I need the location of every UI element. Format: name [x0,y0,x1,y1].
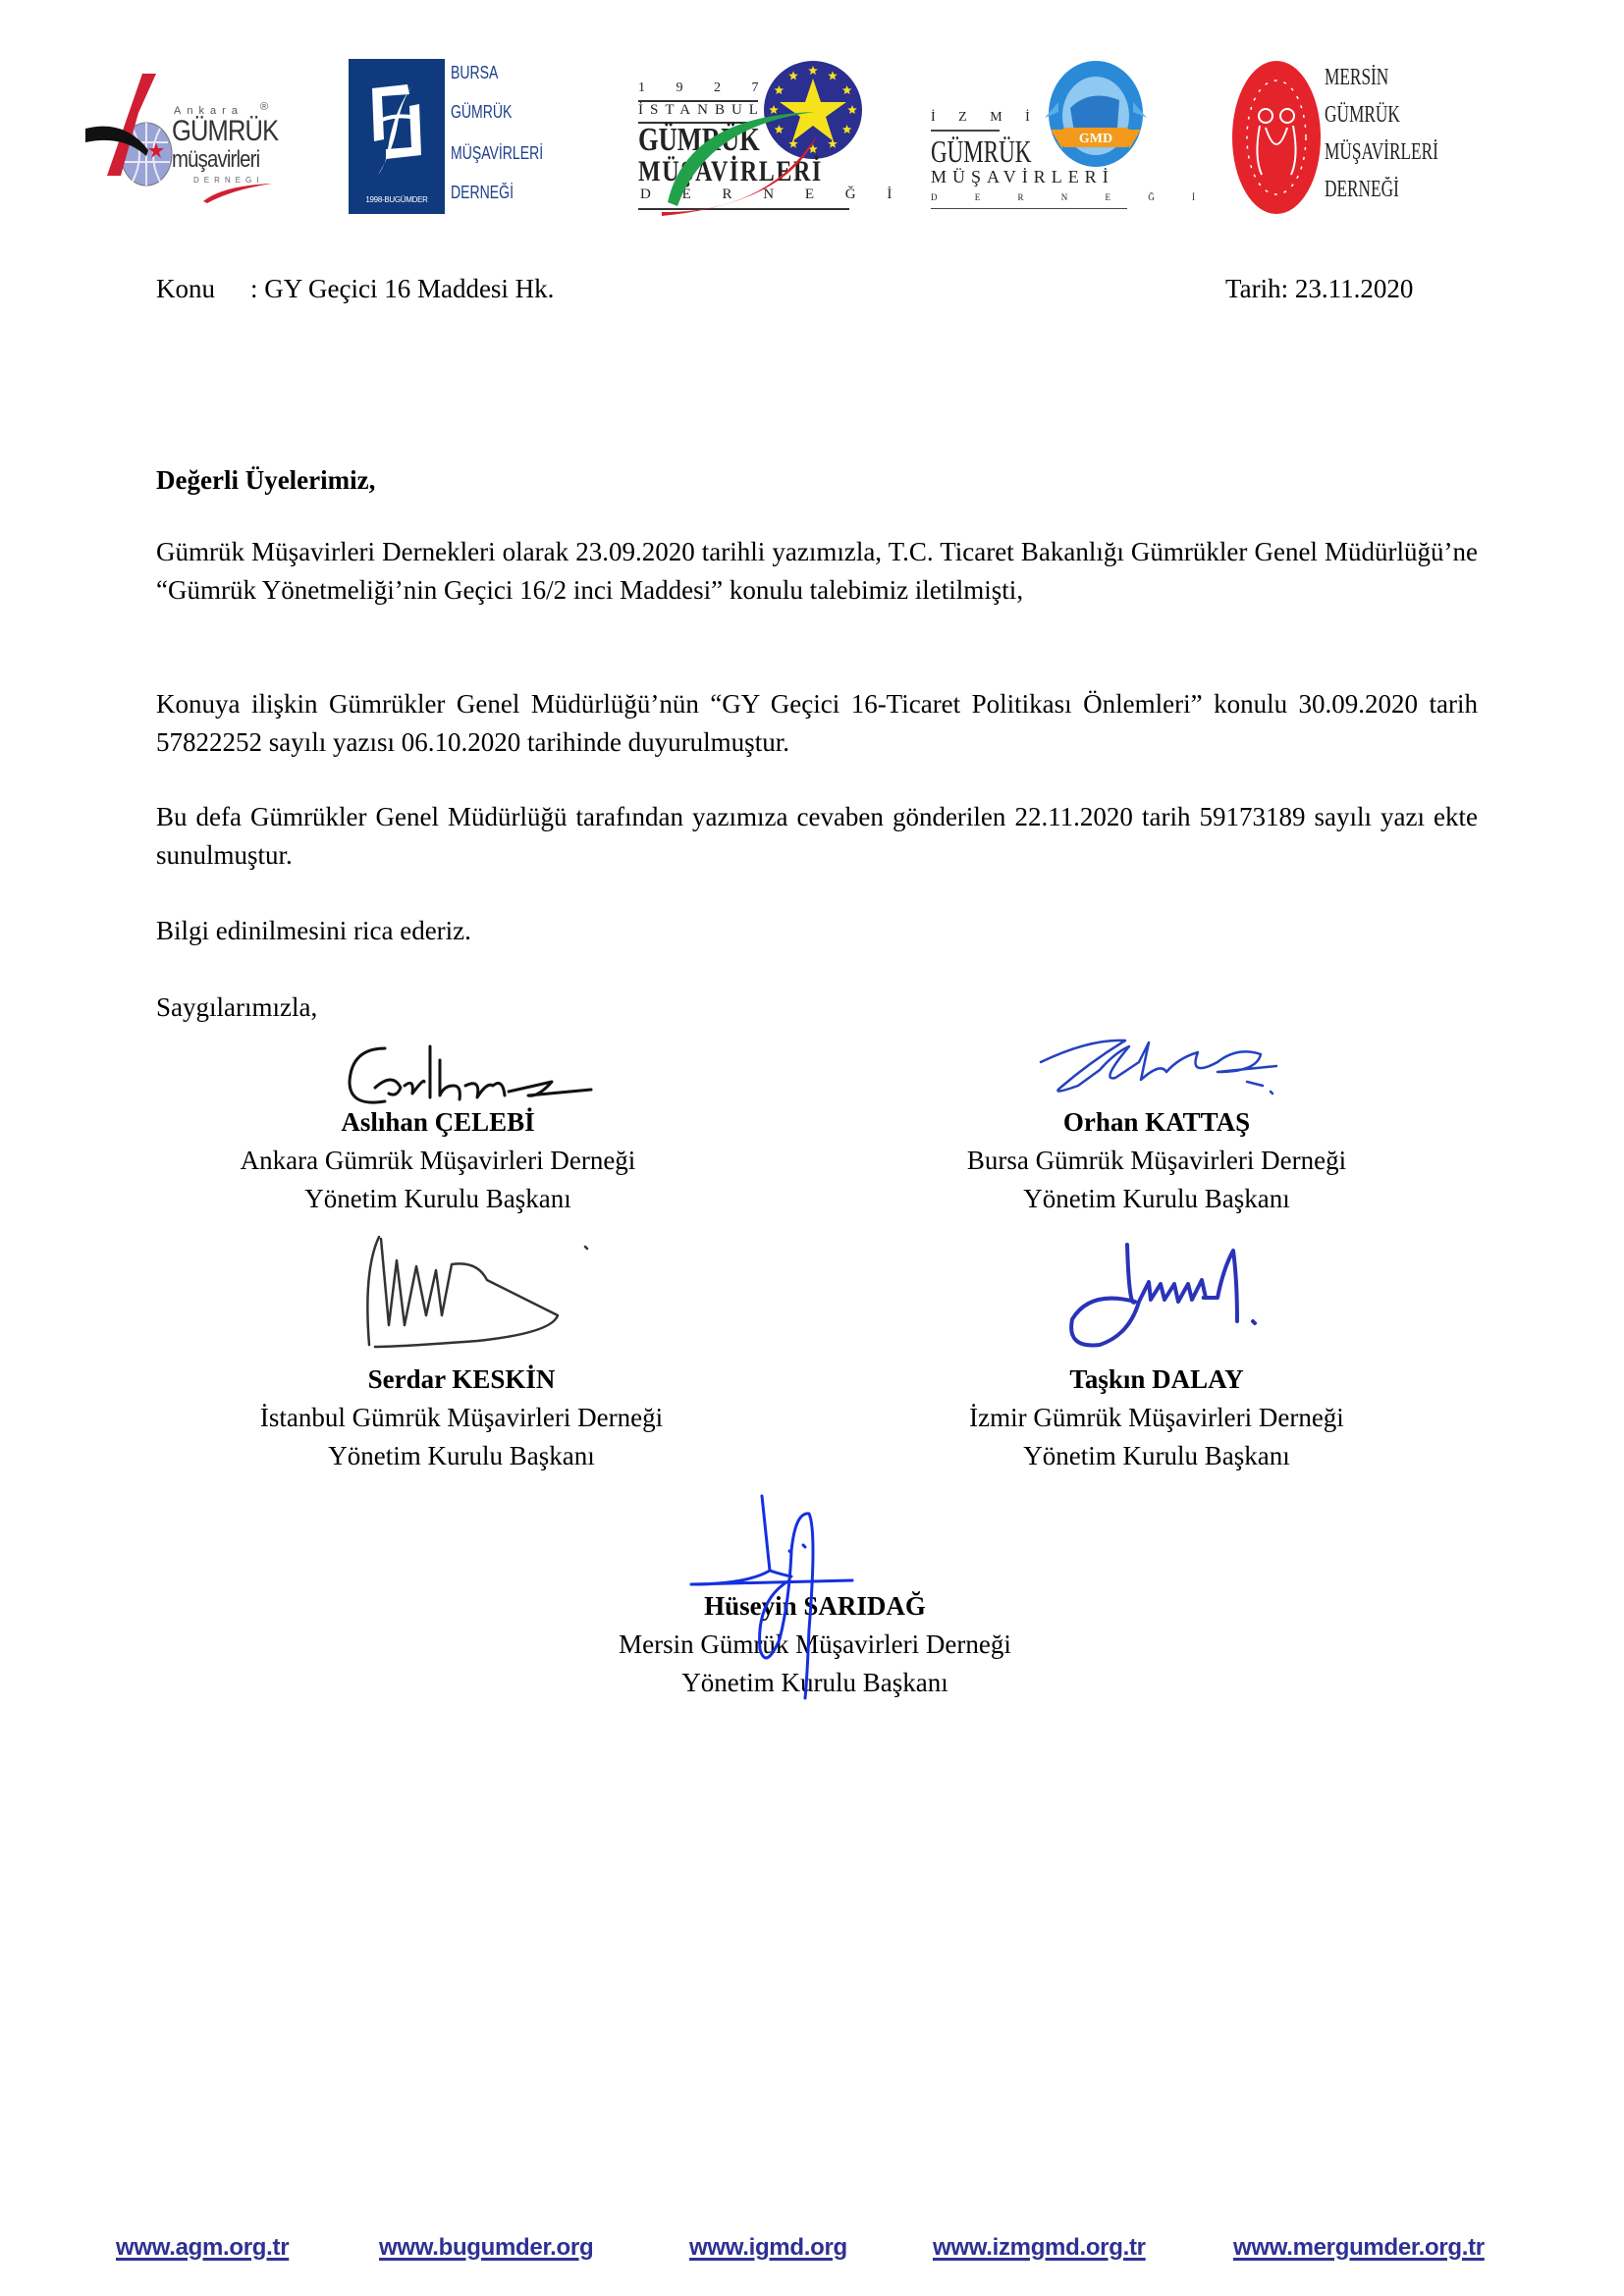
footer-link-igmd[interactable]: www.igmd.org [689,2234,847,2262]
signatory-name: Orhan KATTAŞ [882,1103,1432,1142]
mersin-association-logo: MERSİN GÜMRÜK MÜŞAVİRLERİ DERNEĞİ [1230,59,1461,216]
logo-text: GÜMRÜK [451,102,512,123]
footer-links: www.agm.org.tr www.bugumder.org www.igmd… [0,2234,1624,2273]
footer-link-izmgmd[interactable]: www.izmgmd.org.tr [933,2234,1146,2262]
logo-badge-text: GMD [1079,132,1112,146]
signatory-title: Yönetim Kurulu Başkanı [163,1180,713,1218]
logo-text: müşavirleri [172,146,259,174]
salutation: Değerli Üyelerimiz, [156,464,375,496]
logo-text: GÜMRÜK [172,115,278,148]
body-paragraph: Bu defa Gümrükler Genel Müdürlüğü tarafı… [156,798,1478,875]
footer-link-agm[interactable]: www.agm.org.tr [116,2234,289,2262]
logo-text: GÜMRÜK [1325,102,1400,129]
signatory-title: Yönetim Kurulu Başkanı [882,1437,1432,1475]
handwritten-signature [359,1231,595,1355]
signatory-title: Yönetim Kurulu Başkanı [187,1437,736,1475]
signatory-block: Serdar KESKİN İstanbul Gümrük Müşavirler… [187,1361,736,1475]
logo-text: MÜŞAVİRLERİ [1325,139,1438,166]
logo-text: D E R N E Ğ İ [931,192,1213,202]
istanbul-association-logo: 1 9 2 7 İSTANBUL GÜMRÜK MÜŞAVİRLERİ D E … [638,59,864,216]
subject-value: : GY Geçici 16 Maddesi Hk. [250,273,554,304]
swoosh-icon [203,184,272,203]
signatory-organization: Ankara Gümrük Müşavirleri Derneği [163,1142,713,1180]
handwritten-signature [1060,1241,1276,1359]
swoosh-icon [648,77,835,218]
signatory-organization: Bursa Gümrük Müşavirleri Derneği [882,1142,1432,1180]
divider [931,130,1000,132]
signatory-block: Orhan KATTAŞ Bursa Gümrük Müşavirleri De… [882,1103,1432,1218]
signatory-name: Taşkın DALAY [882,1361,1432,1399]
globe-arch-icon [85,74,184,201]
registered-icon: ® [260,101,268,113]
body-paragraph: Gümrük Müşavirleri Dernekleri olarak 23.… [156,533,1478,610]
izmir-association-logo: İ Z M İ R GÜMRÜK MÜŞAVİRLERİ D E R N E Ğ… [931,59,1152,216]
logo-text: DERNEĞİ [451,183,514,203]
divider [931,208,1127,209]
footer-link-bugumder[interactable]: www.bugumder.org [379,2234,593,2262]
ankara-association-logo: Ankara ® GÜMRÜK müşavirleri DERNEGI [85,74,282,201]
signatory-block: Taşkın DALAY İzmir Gümrük Müşavirleri De… [882,1361,1432,1475]
bursa-association-logo: 1998-BUGÜMDER BURSA GÜMRÜK MÜŞAVİRLERİ D… [349,59,545,216]
logo-text: MÜŞAVİRLERİ [451,143,543,164]
emblem-icon [364,80,429,179]
body-paragraph: Konuya ilişkin Gümrükler Genel Müdürlüğü… [156,685,1478,762]
globe-badge-icon: GMD [1041,59,1151,177]
signatory-organization: İstanbul Gümrük Müşavirleri Derneği [187,1399,736,1437]
closing: Saygılarımızla, [156,991,317,1023]
signatory-organization: İzmir Gümrük Müşavirleri Derneği [882,1399,1432,1437]
subject-label: Konu [156,273,215,304]
red-seal-icon [1230,59,1323,216]
handwritten-signature [1031,1033,1316,1103]
footer-link-mergumder[interactable]: www.mergumder.org.tr [1233,2234,1485,2262]
logo-text: BURSA [451,63,498,83]
signatory-block: Aslıhan ÇELEBİ Ankara Gümrük Müşavirleri… [163,1103,713,1218]
logo-caption: 1998-BUGÜMDER [349,195,445,204]
handwritten-signature [687,1492,864,1708]
logo-emblem-box: 1998-BUGÜMDER [349,59,445,214]
letter-date: Tarih: 23.11.2020 [1225,273,1413,304]
body-paragraph: Bilgi edinilmesini rica ederiz. [156,915,471,946]
signatory-title: Yönetim Kurulu Başkanı [882,1180,1432,1218]
handwritten-signature [346,1039,611,1109]
logo-text: DERNEĞİ [1325,177,1399,203]
signatory-name: Serdar KESKİN [187,1361,736,1399]
logo-text: GÜMRÜK [931,133,1031,170]
signatory-name: Aslıhan ÇELEBİ [163,1103,713,1142]
logo-text: MERSİN [1325,65,1388,91]
